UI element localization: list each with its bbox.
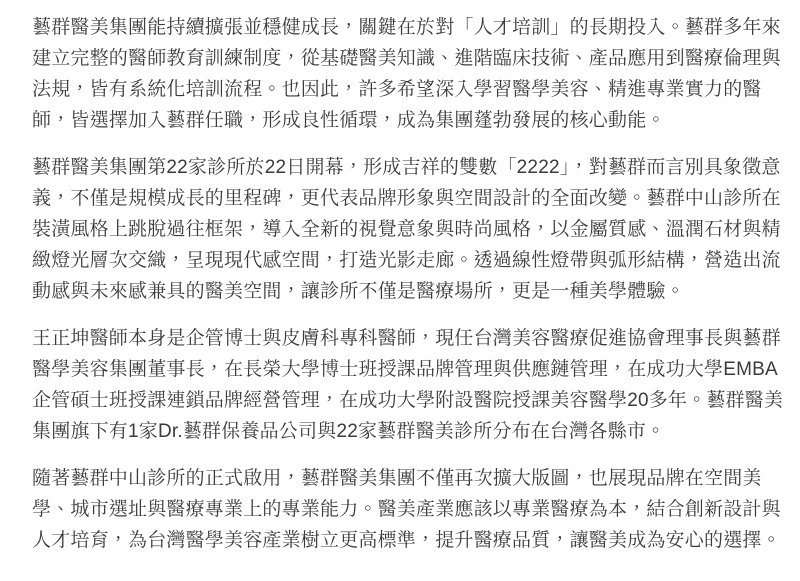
article-paragraph-1: 藝群醫美集團能持續擴張並穩健成長，關鍵在於對「人才培訓」的長期投入。藝群多年來建…	[32, 12, 790, 136]
article-body: 藝群醫美集團能持續擴張並穩健成長，關鍵在於對「人才培訓」的長期投入。藝群多年來建…	[0, 0, 800, 581]
article-paragraph-3: 王正坤醫師本身是企管博士與皮膚科專科醫師，現任台灣美容醫療促進協會理事長與藝群醫…	[32, 323, 790, 447]
article-paragraph-2: 藝群醫美集團第22家診所於22日開幕，形成吉祥的雙數「2222」，對藝群而言別具…	[32, 152, 790, 307]
article-paragraph-4: 隨著藝群中山診所的正式啟用，藝群醫美集團不僅再次擴大版圖，也展現品牌在空間美學、…	[32, 463, 790, 556]
